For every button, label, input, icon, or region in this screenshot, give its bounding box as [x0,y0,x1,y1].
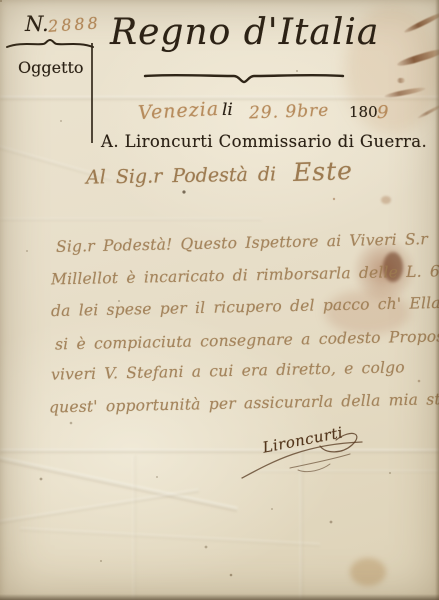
paper-crease [0,449,439,453]
dateline-day-month: 29. 9bre [249,101,330,124]
dateline-year-handwritten: 9 [377,102,388,123]
ink-streak [384,86,426,99]
paper-crease [0,218,262,221]
dateline-year-printed: 180 [349,103,378,121]
sender-line: A. Lironcurti Commissario di Guerra. [101,132,427,151]
body-line: da lei spese per il ricupero del pacco c… [51,294,439,320]
document-number-value: 2888 [47,13,101,36]
dateline-li-label: li [222,100,233,120]
signature-flourish [238,418,368,484]
number-bracket-flourish [5,36,95,50]
body-line: quest' opportunità per assicurarla della… [49,390,439,417]
ink-stain [350,558,386,586]
dateline-place: Venezia [137,98,219,124]
paper-crease [133,455,136,600]
ink-streak [397,78,405,83]
paper-edge-shadow [0,594,439,600]
paper-crease [0,489,199,526]
body-line: Sig.r Podestà! Questo Ispettore ai Viver… [56,230,428,256]
document-number-label: N. [25,12,49,36]
oggetto-label: Oggetto [18,58,84,77]
ink-streak [396,47,439,68]
oggetto-divider-line [91,43,93,143]
paper-crease [0,453,238,512]
body-line: viveri V. Stefani a cui era diretto, e c… [51,358,405,383]
document-title: Regno d'Italia [110,12,372,53]
recipient-line: Al Sig.r Podestà di [86,163,276,188]
recipient-place: Este [293,156,354,187]
letter-document: N. 2888 Oggetto Regno d'Italia Venezia l… [0,0,439,600]
body-line: si è compiaciuta consegnare a codesto Pr… [55,327,439,354]
paper-crease [20,527,320,547]
ink-streak [403,11,439,35]
title-flourish-rule [142,70,346,88]
paper-speckles [0,0,2,2]
paper-crease [0,96,439,100]
body-line: Millellot è incaricato di rimborsarla de… [51,262,439,289]
ink-stain [381,196,391,204]
paper-edge-shadow [435,0,439,600]
